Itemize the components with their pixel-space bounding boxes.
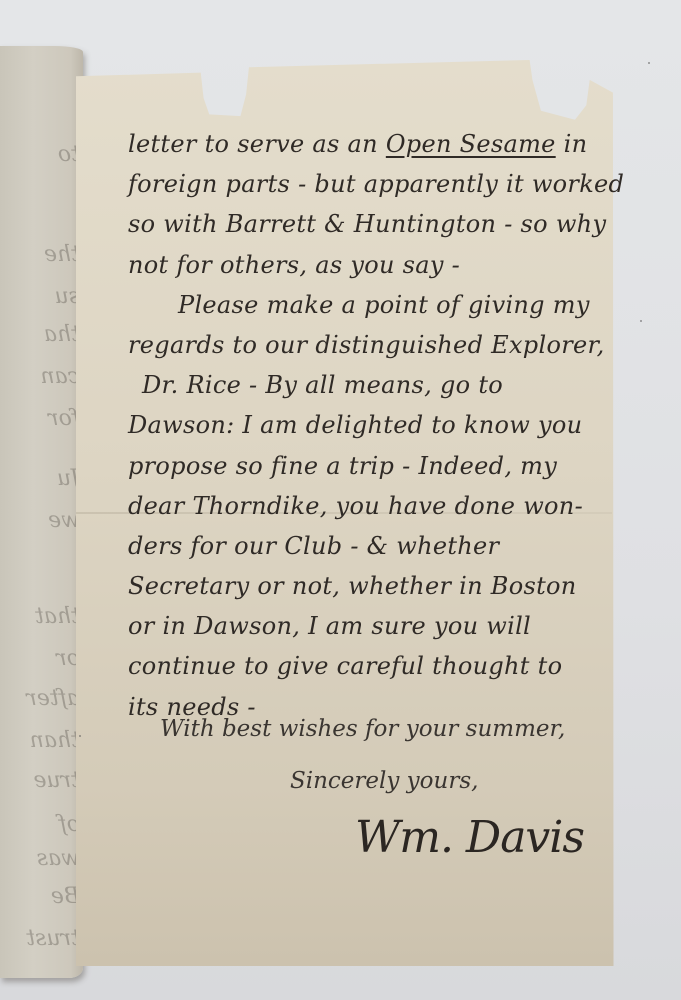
closing-line: With best wishes for your summer, — [160, 716, 565, 742]
signature: Wm. Davis — [355, 812, 584, 863]
verso-page: to the su tha can for Ju we that or afte… — [0, 46, 83, 978]
verso-text: was — [37, 846, 80, 871]
verso-text: tha — [44, 322, 80, 347]
verso-text: trust — [26, 926, 80, 951]
body-line: Dawson: I am delighted to know you — [128, 405, 628, 445]
letter-body: letter to serve as an Open Sesame in for… — [128, 124, 628, 727]
body-line: foreign parts - but apparently it worked — [128, 164, 628, 204]
line-text: letter to serve as an — [128, 130, 386, 158]
verso-text: can — [40, 364, 80, 389]
body-line: continue to give careful thought to — [128, 646, 628, 686]
body-line: not for others, as you say - — [128, 245, 628, 285]
verso-text: that — [35, 604, 80, 629]
photo-scene: to the su tha can for Ju we that or afte… — [0, 0, 681, 1000]
dust-speck — [79, 735, 81, 737]
body-line: letter to serve as an Open Sesame in — [128, 124, 628, 164]
dust-speck — [640, 320, 642, 322]
body-line: Secretary or not, whether in Boston — [128, 566, 628, 606]
body-line: dear Thorndike, you have done won- — [128, 486, 628, 526]
body-line: Please make a point of giving my — [128, 285, 628, 325]
body-line: propose so fine a trip - Indeed, my — [128, 446, 628, 486]
verso-text: after — [26, 686, 80, 711]
verso-text: the — [44, 242, 80, 267]
verso-text: true — [33, 768, 80, 793]
body-line: regards to our distinguished Explorer, — [128, 325, 628, 365]
body-line: or in Dawson, I am sure you will — [128, 606, 628, 646]
dust-speck — [648, 62, 650, 64]
verso-text: than — [30, 728, 80, 753]
underlined-phrase: Open Sesame — [386, 130, 556, 158]
valediction: Sincerely yours, — [290, 768, 478, 794]
verso-text: Be — [51, 884, 80, 909]
body-line: so with Barrett & Huntington - so why — [128, 204, 628, 244]
line-text: in — [556, 130, 588, 158]
verso-text: for — [48, 406, 80, 431]
body-line: ders for our Club - & whether — [128, 526, 628, 566]
body-line: Dr. Rice - By all means, go to — [128, 365, 628, 405]
